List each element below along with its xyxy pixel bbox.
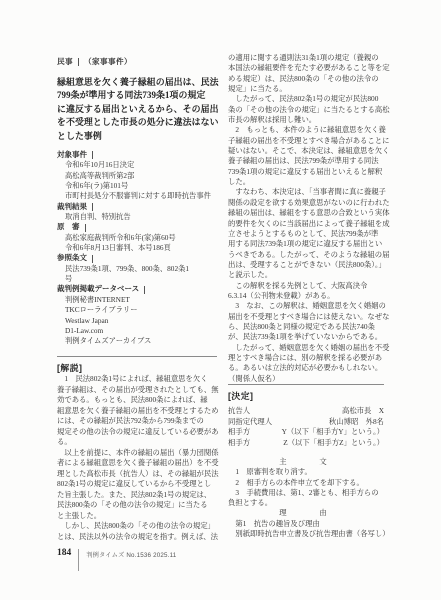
text-line: が、民法739条1項を挙げていないからである。 [228, 332, 386, 342]
text-line: 799条が準用する同法739条1項の規定 [57, 89, 220, 102]
divider-bar-icon [85, 224, 86, 232]
text-line: 用する同法739条1項の規定に違反する届出とい [228, 239, 386, 249]
text-line: 高松高等裁判所第2部 [65, 171, 220, 181]
text-line: 802条1号の規定に違反しているから不受理とし [57, 479, 219, 490]
divider-bar-icon [144, 286, 145, 294]
text-line: 市長の解釈は採用し難い。 [228, 115, 386, 125]
party-row: 相手方 Y（以下「相手方Y」という。） [228, 427, 384, 438]
journal-reference: 判例タイムズ No.1536 2025.11 [86, 548, 176, 559]
category-tag: 民事 （家事事件） [57, 56, 132, 67]
text-line: うべきである。したがって、そのような縁組の届 [228, 250, 386, 260]
decision-parties: 抗告人 高松市長 X 同指定代理人 秋山博昭 外8名 相手方 Y（以下「相手方Y… [228, 406, 384, 448]
block-values: 取消自判、特別抗告 [65, 212, 220, 222]
text-line: TKCローライブラリー [65, 305, 220, 315]
text-line: 規定その他の法令の規定に違反している必要があ [57, 427, 219, 438]
case-info-block: 参照条文 民法739条1項、799条、800条、802条1号 [57, 253, 220, 284]
text-line: 条の「その他の法令の規定」に当たるとする高松 [228, 105, 386, 115]
text-line: 縁組意思を欠く養子縁組の届出は、民法 [57, 76, 220, 89]
party-label: 同指定代理人 [228, 417, 272, 428]
block-values: 令和6年10月16日決定高松高等裁判所第2部令和6年(ラ)第101号市町村長処分… [65, 160, 220, 201]
decision-body: 主 文 1 原審判を取り消す。 2 相手方らの本件申立てを却下する。 3 手続費… [228, 457, 384, 539]
text-line: 1 民法802条1号によれば、縁組意思を欠く [57, 374, 219, 385]
text-line: 民法800条の「その他の法令の規定」に当たる [57, 500, 219, 511]
text-line: た旨主張した。また、民法802条1号の規定は、 [57, 490, 219, 501]
text-line: には、その縁組が民法792条から799条までの [57, 416, 219, 427]
text-line: 効である。もっとも、民法800条によれば、縁 [57, 395, 219, 406]
text-line: ら、民法800条と同様の規定である民法740条 [228, 322, 386, 332]
text-line: したがって、民法802条1号の規定が民法800 [228, 94, 386, 104]
text-line: 規定」に当たる。 [228, 84, 386, 94]
text-line: 6.3.14（公刊物未登載）がある。 [228, 291, 386, 301]
text-line: る。 [57, 437, 219, 448]
text-line: 2 相手方らの本件申立てを却下する。 [228, 478, 384, 488]
party-label: 相手方 [228, 427, 250, 438]
text-line: と説示した。 [228, 270, 386, 280]
block-label: 原 審 [57, 222, 220, 232]
text-line: 立させようとするものとして、民法799条が準 [228, 229, 386, 239]
block-values: 判例秘書INTERNETTKCローライブラリーWestlaw JapanD1-L… [65, 295, 220, 347]
text-line: 第1 抗告の趣旨及び理由 [228, 519, 384, 529]
text-line: る。あるいは立法的対応が必要かもしれない。 [228, 363, 386, 373]
party-row: 相手方 Z（以下「相手方Z」という。） [228, 438, 384, 449]
text-line: 子縁組の届出を不受理とすべき場合があることに [228, 136, 386, 146]
subcategory-label: （家事事件） [84, 56, 132, 67]
party-label: 相手方 [228, 438, 250, 449]
decision-heading: [決定] [228, 389, 253, 402]
block-label: 裁判例掲載データベース [57, 284, 220, 294]
text-line: 3 なお、この解釈は、婚姻意思を欠く婚姻の [228, 301, 386, 311]
party-row: 同指定代理人 秋山博昭 外8名 [228, 417, 384, 428]
explanation-heading: [解説] [57, 361, 82, 374]
text-line: の適用に関する通則法31条1項の規定（養親の [228, 53, 386, 63]
text-line: 令和6年8月13日審判、本号186頁 [65, 243, 220, 253]
text-line: 負担とする。 [228, 498, 384, 508]
party-value: 高松市長 X [342, 406, 384, 417]
text-line: 判例タイムズアーカイブス [65, 336, 220, 346]
text-line: 民法739条1項、799条、800条、802条1 [65, 264, 220, 274]
text-line: したがって、婚姻意思を欠く婚姻の届出を不受 [228, 343, 386, 353]
text-line: すなわち、本決定は、「当事者間に真に養親子 [228, 187, 386, 197]
text-line: 者による縁組意思を欠く養子縁組の届出）を不受 [57, 458, 219, 469]
text-line: 理とすべき場合には、別の解釈を採る必要があ [228, 353, 386, 363]
text-line: 養子縁組は、その届出が受理されたとしても、無 [57, 385, 219, 396]
block-label: 参照条文 [57, 253, 220, 263]
text-line: 疑いはない。そこで、本決定は、縁組意思を欠く [228, 146, 386, 156]
case-info-block: 裁判例掲載データベース 判例秘書INTERNETTKCローライブラリーWestl… [57, 284, 220, 346]
divider-bar-icon [92, 203, 93, 211]
text-line: 的要件を欠くのに当該届出によって養子縁組を成 [228, 219, 386, 229]
reason-heading: 理 由 [228, 508, 384, 518]
party-value: Z（以下「相手方Z」という。） [283, 438, 384, 449]
text-line: 養子縁組の届出は、民法799条が準用する同法 [228, 156, 386, 166]
text-line: 理とした高松市長（抗告人）は、その縁組が民法 [57, 469, 219, 480]
divider-bar-icon [92, 151, 93, 159]
text-line: 3 手続費用は、第1、2審とも、相手方らの [228, 488, 384, 498]
party-label: 抗告人 [228, 406, 250, 417]
text-line: と主張した。 [57, 511, 219, 522]
text-line: 以上を前提に、本件の縁組の届出（暴力団関係 [57, 448, 219, 459]
block-label: 対象事件 [57, 150, 220, 160]
explanation-text-right-column: の適用に関する通則法31条1項の規定（養親の本国法の縁組要件を充たす必要があるこ… [228, 53, 386, 384]
text-line: 取消自判、特別抗告 [65, 212, 220, 222]
text-line: 令和6年(ラ)第101号 [65, 181, 220, 191]
party-value: 秋山博昭 外8名 [329, 417, 384, 428]
text-line: 判例秘書INTERNET [65, 295, 220, 305]
text-line: 1 原審判を取り消す。 [228, 467, 384, 477]
text-line: 組意思を欠く養子縁組の届出を不受理とするため [57, 406, 219, 417]
case-headline: 縁組意思を欠く養子縁組の届出は、民法799条が準用する同法739条1項の規定に違… [57, 76, 220, 143]
text-line: に違反する届出といえるから、その届出 [57, 103, 220, 116]
case-info-block: 裁判結果 取消自判、特別抗告 [57, 202, 220, 223]
section-rule [228, 384, 384, 385]
text-line: しかし、民法800条の「その他の法令の規定」 [57, 521, 219, 532]
text-line: Westlaw Japan [65, 316, 220, 326]
text-line: 令和6年10月16日決定 [65, 160, 220, 170]
party-value: Y（以下「相手方Y」という。） [282, 427, 384, 438]
text-line: める規定）は、民法800条の「その他の法令の [228, 74, 386, 84]
case-info: 対象事件 令和6年10月16日決定高松高等裁判所第2部令和6年(ラ)第101号市… [57, 150, 220, 347]
text-line: 縁組の届出は、縁組をする意思の合致という実体 [228, 208, 386, 218]
divider-bar-icon [92, 255, 93, 263]
reason-lines: 第1 抗告の趣旨及び理由 別紙即時抗告申立書及び抗告理由書（各写し） [228, 519, 384, 540]
case-info-block: 原 審 高松家庭裁判所令和6年(家)第60号令和6年8月13日審判、本号186頁 [57, 222, 220, 253]
section-rule [57, 356, 217, 357]
text-line: を不受理とした市長の処分に違法はない [57, 116, 220, 129]
journal-page: 民事 （家事事件） 縁組意思を欠く養子縁組の届出は、民法799条が準用する同法7… [0, 0, 441, 600]
text-line: 出は、受理することができない（民法800条）。」 [228, 260, 386, 270]
text-line: とした事例 [57, 130, 220, 143]
main-text-lines: 1 原審判を取り消す。 2 相手方らの本件申立てを却下する。 3 手続費用は、第… [228, 467, 384, 508]
divider-bar-icon [78, 58, 79, 66]
category-label: 民事 [57, 56, 73, 67]
text-line: 関係の設定を欲する効果意思がないのに行われた [228, 198, 386, 208]
page-footer: 184 判例タイムズ No.1536 2025.11 [57, 548, 176, 571]
text-line: 号 [65, 274, 220, 284]
explanation-text-left-column: 1 民法802条1号によれば、縁組意思を欠く養子縁組は、その届出が受理されたとし… [57, 374, 219, 542]
case-info-block: 対象事件 令和6年10月16日決定高松高等裁判所第2部令和6年(ラ)第101号市… [57, 150, 220, 202]
text-line: 市町村長処分不服審判に対する即時抗告事件 [65, 191, 220, 201]
block-values: 民法739条1項、799条、800条、802条1号 [65, 264, 220, 285]
text-line: した。 [228, 177, 386, 187]
block-label: 裁判結果 [57, 202, 220, 212]
text-line: 本国法の縁組要件を充たす必要があること等を定 [228, 63, 386, 73]
text-line: 届出を不受理とすべき場合には使えない。なぜな [228, 312, 386, 322]
text-line: この解釈を採る先例として、大阪高決令 [228, 281, 386, 291]
footer-divider-icon [78, 549, 79, 571]
page-number: 184 [57, 548, 71, 558]
main-text-heading: 主 文 [228, 457, 384, 467]
text-line: 別紙即時抗告申立書及び抗告理由書（各写し） [228, 529, 384, 539]
text-line: （関係人仮名） [228, 374, 386, 384]
text-line: とは、民法以外の法令の規定を指す。例えば、法 [57, 532, 219, 543]
text-line: D1-Law.com [65, 326, 220, 336]
party-row: 抗告人 高松市長 X [228, 406, 384, 417]
text-line: 2 もっとも、本件のように縁組意思を欠く養 [228, 125, 386, 135]
block-values: 高松家庭裁判所令和6年(家)第60号令和6年8月13日審判、本号186頁 [65, 233, 220, 254]
text-line: 高松家庭裁判所令和6年(家)第60号 [65, 233, 220, 243]
text-line: 739条1項の規定に違反する届出といえると解釈 [228, 167, 386, 177]
